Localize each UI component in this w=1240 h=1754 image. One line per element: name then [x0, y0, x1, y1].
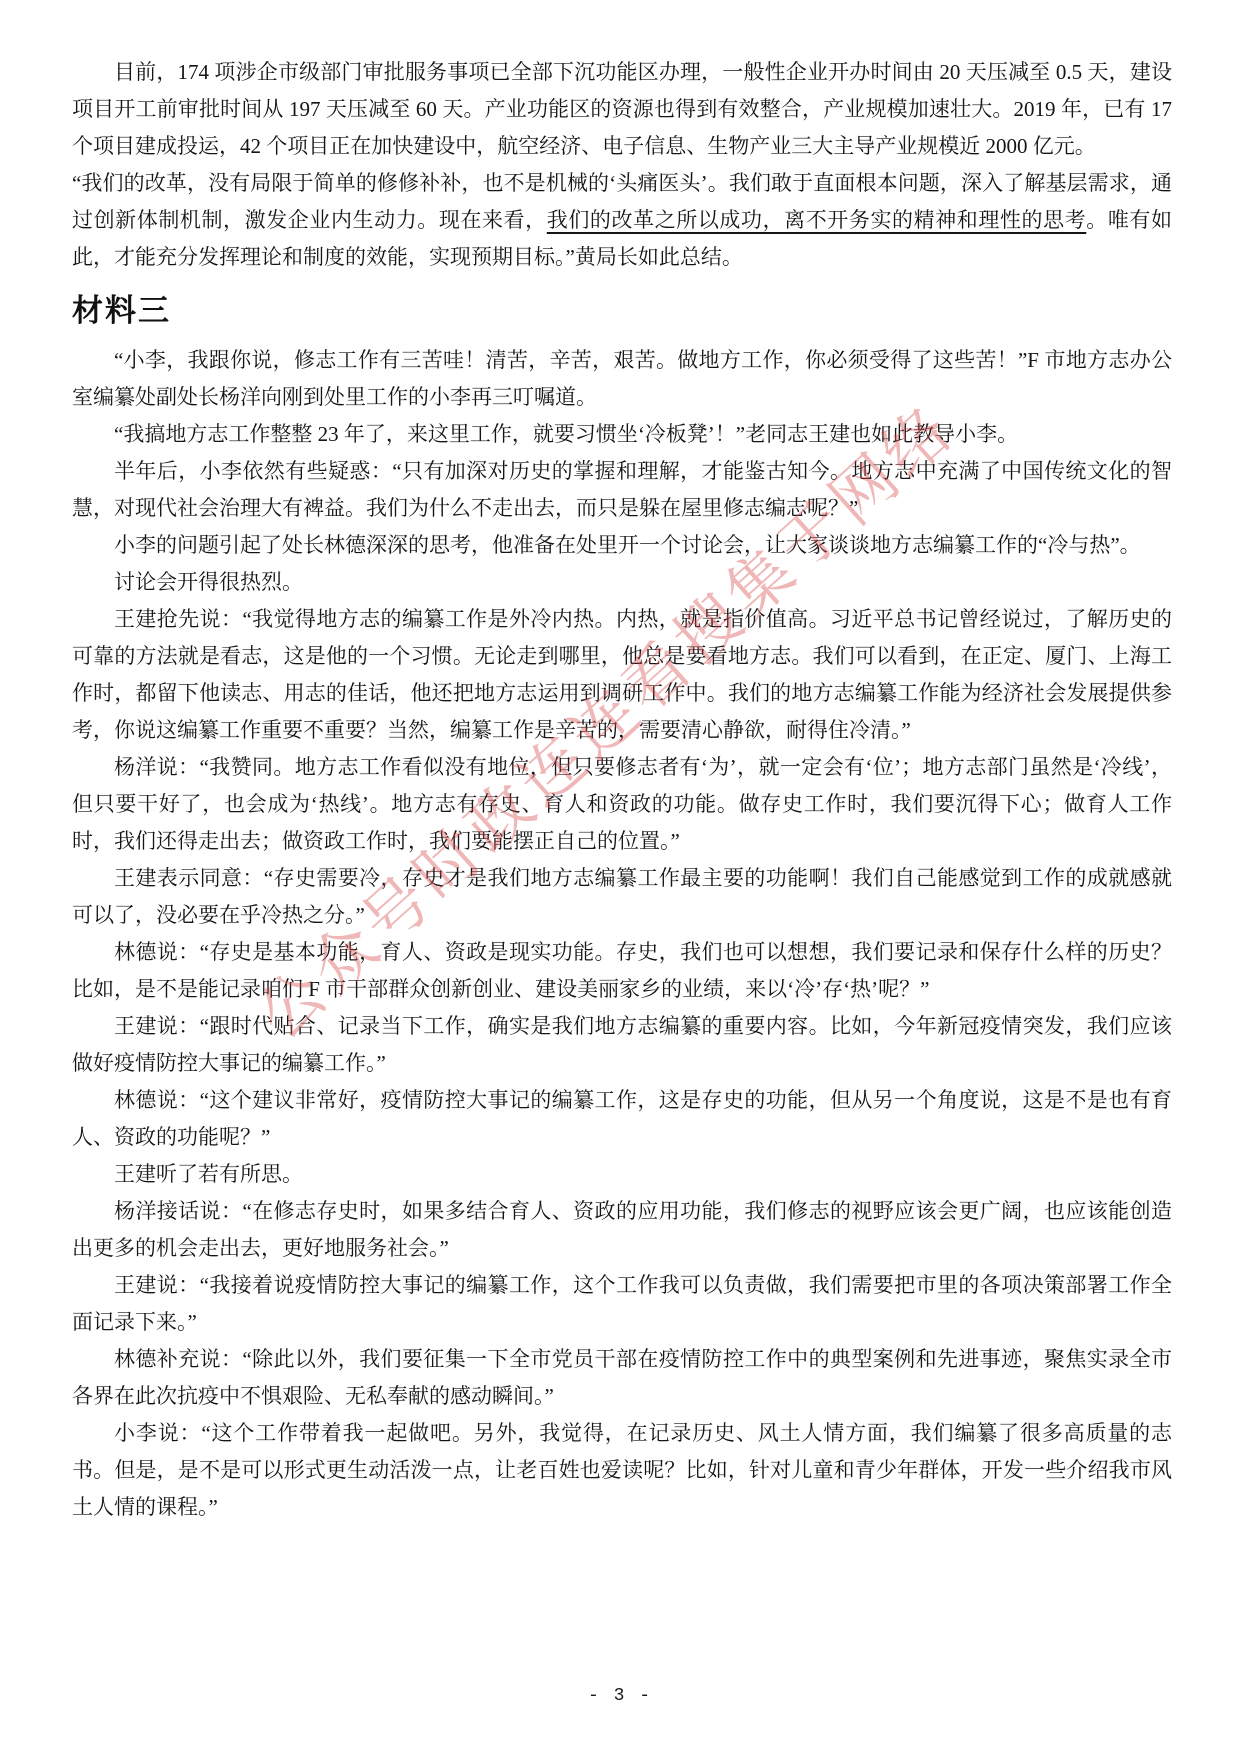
paragraph-wangjian-agree: 王建表示同意：“存史需要冷，存史才是我们地方志编纂工作最主要的功能啊！我们自己能… [72, 860, 1172, 934]
paragraph-wangjian-advice: “我搞地方志工作整整 23 年了，来这里工作，就要习惯坐‘冷板凳’！”老同志王建… [72, 416, 1172, 453]
paragraph-linde-meeting-plan: 小李的问题引起了处长林德深深的思考，他准备在处里开一个讨论会，让大家谈谈地方志编… [72, 527, 1172, 564]
paragraph-linde-functions: 林德说：“存史是基本功能，育人、资政是现实功能。存史，我们也可以想想，我们要记录… [72, 934, 1172, 1008]
paragraph-reform-summary: “我们的改革，没有局限于简单的修修补补，也不是机械的‘头痛医头’。我们敢于直面根… [72, 165, 1172, 276]
paragraph-xiaoli-doubt: 半年后，小李依然有些疑惑：“只有加深对历史的掌握和理解，才能鉴古知今。地方志中充… [72, 453, 1172, 527]
material-three-heading: 材料三 [72, 288, 1172, 334]
paragraph-wangjian-epidemic-record: 王建说：“跟时代贴合、记录当下工作，确实是我们地方志编纂的重要内容。比如，今年新… [72, 1008, 1172, 1082]
paragraph-yangyang-speech: 杨洋说：“我赞同。地方志工作看似没有地位，但只要修志者有‘为’，就一定会有‘位’… [72, 749, 1172, 860]
paragraph-yangyang-vision: 杨洋接话说：“在修志存史时，如果多结合育人、资政的应用功能，我们修志的视野应该会… [72, 1193, 1172, 1267]
paragraph-linde-supplement: 林德补充说：“除此以外，我们要征集一下全市党员干部在疫情防控工作中的典型案例和先… [72, 1341, 1172, 1415]
paragraph-functional-zone-stats: 目前，174 项涉企市级部门审批服务事项已全部下沉功能区办理，一般性企业开办时间… [72, 54, 1172, 165]
paragraph-discussion-intro: 讨论会开得很热烈。 [72, 564, 1172, 601]
paragraph-linde-suggestion: 林德说：“这个建议非常好，疫情防控大事记的编纂工作，这是存史的功能，但从另一个角… [72, 1082, 1172, 1156]
reform-summary-underlined-text: 我们的改革之所以成功，离不开务实的精神和理性的思考 [547, 208, 1087, 232]
document-page: 公众号时政连连看搜集于网络 目前，174 项涉企市级部门审批服务事项已全部下沉功… [0, 0, 1240, 1754]
paragraph-yangyang-advice: “小李，我跟你说，修志工作有三苦哇！清苦，辛苦，艰苦。做地方工作，你必须受得了这… [72, 342, 1172, 416]
paragraph-wangjian-responsibility: 王建说：“我接着说疫情防控大事记的编纂工作，这个工作我可以负责做，我们需要把市里… [72, 1267, 1172, 1341]
page-number: - 3 - [0, 1686, 1240, 1706]
paragraph-wangjian-ponder: 王建听了若有所思。 [72, 1156, 1172, 1193]
paragraph-xiaoli-ideas: 小李说：“这个工作带着我一起做吧。另外，我觉得，在记录历史、风土人情方面，我们编… [72, 1415, 1172, 1526]
paragraph-wangjian-speech: 王建抢先说：“我觉得地方志的编纂工作是外冷内热。内热，就是指价值高。习近平总书记… [72, 601, 1172, 749]
document-body: 目前，174 项涉企市级部门审批服务事项已全部下沉功能区办理，一般性企业开办时间… [72, 54, 1172, 1526]
